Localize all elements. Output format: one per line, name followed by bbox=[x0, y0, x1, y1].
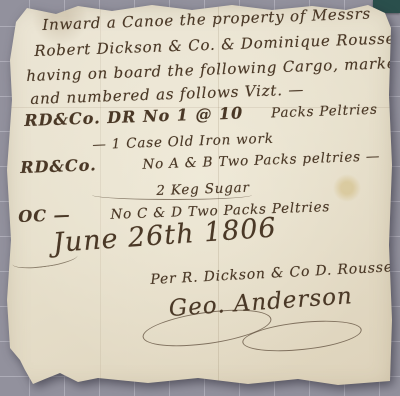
per-line: Per R. Dickson & Co D. Rousseau bbox=[150, 258, 400, 288]
cargo-entry-row: RD&Co. No A & B Two Packs peltries — bbox=[20, 145, 380, 177]
paper-shadow-wrap: Inward a Canoe the property of Messrs Ro… bbox=[0, 0, 400, 396]
cargo-mark: OC — bbox=[18, 205, 71, 226]
ink-flourish bbox=[92, 190, 252, 200]
photo-of-manuscript: Inward a Canoe the property of Messrs Ro… bbox=[0, 0, 400, 396]
cargo-item: No A & B Two Packs peltries — bbox=[142, 148, 380, 172]
cargo-mark: RD&Co. bbox=[20, 155, 97, 177]
manifest-header-line: Inward a Canoe the property of Messrs bbox=[42, 5, 371, 34]
cargo-item: Packs Peltries bbox=[271, 102, 378, 122]
manifest-paper: Inward a Canoe the property of Messrs Ro… bbox=[0, 0, 400, 396]
paper-crease bbox=[100, 0, 101, 396]
manifest-header-line: having on board the following Cargo, mar… bbox=[26, 54, 400, 85]
